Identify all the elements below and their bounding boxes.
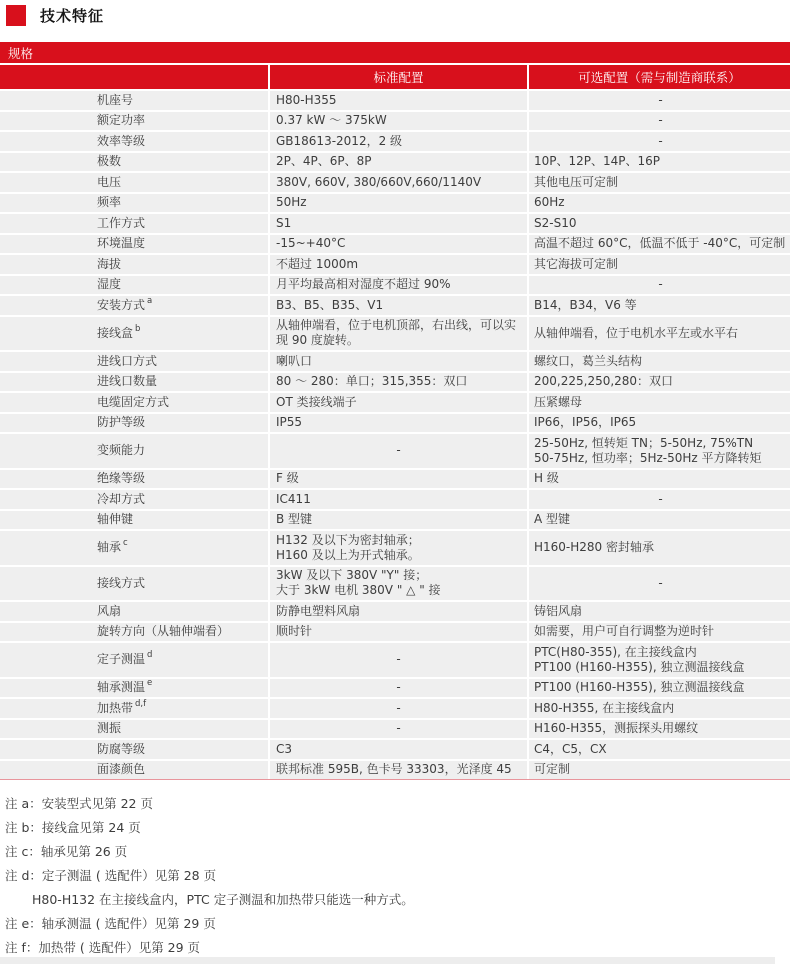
row-label-cell: 定子测温d [0,643,268,677]
row-label: 轴承 [97,540,121,555]
cell-standard-config: 联邦标准 595B, 色卡号 33303，光泽度 45 [268,761,527,780]
row-label-cell: 风扇 [0,602,268,621]
row-label-cell: 环境温度 [0,235,268,254]
table-row: 电缆固定方式 OT 类接线端子 压紧螺母 [0,393,790,414]
cell-optional-config: 高温不超过 60°C，低温不低于 -40°C，可定制 [527,235,790,254]
row-label-cell: 接线方式 [0,567,268,601]
cell-standard-config: H132 及以下为密封轴承； H160 及以上为开式轴承。 [268,531,527,565]
table-row: 轴承c H132 及以下为密封轴承； H160 及以上为开式轴承。 H160-H… [0,531,790,567]
row-label-cell: 海拔 [0,255,268,274]
table-row: 环境温度 -15~+40°C 高温不超过 60°C，低温不低于 -40°C，可定… [0,235,790,256]
row-label: 绝缘等级 [97,471,145,486]
table-row: 湿度 月平均最高相对湿度不超过 90% - [0,276,790,297]
row-label-cell: 轴承测温e [0,679,268,698]
table-row: 安装方式a B3、B5、B35、V1 B14，B34，V6 等 [0,296,790,317]
footnote: 注 d：定子测温 ( 选配件）见第 28 页 [5,868,790,884]
cell-optional-config: 200,225,250,280：双口 [527,373,790,392]
row-label-superscript: d [147,648,152,663]
cell-standard-config: B3、B5、B35、V1 [268,296,527,315]
row-label: 接线盒 [97,326,133,341]
cell-optional-config: - [527,112,790,131]
cell-standard-config: OT 类接线端子 [268,393,527,412]
row-label: 工作方式 [97,216,145,231]
row-label-superscript: b [135,322,140,337]
row-label: 进线口方式 [97,354,157,369]
table-row: 防腐等级 C3 C4，C5，CX [0,740,790,761]
cell-optional-config: 10P、12P、14P、16P [527,153,790,172]
footnote: 注 b：接线盒见第 24 页 [5,820,790,836]
cell-standard-config: C3 [268,740,527,759]
cell-standard-config: 0.37 kW ～ 375kW [268,112,527,131]
table-row: 防护等级 IP55 IP66，IP56，IP65 [0,414,790,435]
cell-optional-config: H160-H355，测振探头用螺纹 [527,720,790,739]
row-label-cell: 额定功率 [0,112,268,131]
row-label: 加热带 [97,701,133,716]
cell-standard-config: B 型键 [268,511,527,530]
column-header-standard: 标准配置 [268,65,527,89]
table-row: 极数 2P、4P、6P、8P 10P、12P、14P、16P [0,153,790,174]
cell-standard-config: 3kW 及以下 380V "Y" 接； 大于 3kW 电机 380V " △ "… [268,567,527,601]
cell-optional-config: 压紧螺母 [527,393,790,412]
row-label-cell: 加热带d,f [0,699,268,718]
table-row: 加热带d,f - H80-H355, 在主接线盒内 [0,699,790,720]
cell-optional-config: - [527,91,790,110]
row-label: 轴伸键 [97,512,133,527]
row-label-cell: 极数 [0,153,268,172]
cell-optional-config: 铸铝风扇 [527,602,790,621]
footnote: 注 f：加热带 ( 选配件）见第 29 页 [5,940,790,956]
table-row: 冷却方式 IC411 - [0,490,790,511]
row-label-cell: 面漆颜色 [0,761,268,780]
cell-standard-config: 月平均最高相对湿度不超过 90% [268,276,527,295]
table-row: 海拔 不超过 1000m 其它海拔可定制 [0,255,790,276]
row-label-cell: 机座号 [0,91,268,110]
spec-table-header-row: 标准配置 可选配置（需与制造商联系） [0,65,790,89]
row-label: 轴承测温 [97,680,145,695]
table-row: 额定功率 0.37 kW ～ 375kW - [0,112,790,133]
cell-standard-config: H80-H355 [268,91,527,110]
red-square-bullet-icon [6,5,26,26]
table-row: 定子测温d - PTC(H80-355), 在主接线盒内 PT100 (H160… [0,643,790,679]
row-label-cell: 冷却方式 [0,490,268,509]
cell-optional-config: 25-50Hz, 恒转矩 TN；5-50Hz, 75%TN 50-75Hz, 恒… [527,434,790,468]
cell-optional-config: A 型键 [527,511,790,530]
footnote: 注 c：轴承见第 26 页 [5,844,790,860]
cell-standard-config: 防静电塑料风扇 [268,602,527,621]
table-row: 面漆颜色 联邦标准 595B, 色卡号 33303，光泽度 45 可定制 [0,761,790,780]
cell-standard-config: 喇叭口 [268,352,527,371]
row-label: 频率 [97,195,121,210]
table-row: 变频能力 - 25-50Hz, 恒转矩 TN；5-50Hz, 75%TN 50-… [0,434,790,470]
row-label: 极数 [97,154,121,169]
table-row: 效率等级 GB18613-2012，2 级 - [0,132,790,153]
row-label: 电缆固定方式 [97,395,169,410]
cell-standard-config: - [268,643,527,677]
page-header: 技术特征 [0,0,790,26]
table-row: 机座号 H80-H355 - [0,91,790,112]
row-label: 风扇 [97,604,121,619]
row-label-cell: 电缆固定方式 [0,393,268,412]
cell-standard-config: - [268,699,527,718]
cell-optional-config: 从轴伸端看，位于电机水平左或水平右 [527,317,790,351]
column-header-optional: 可选配置（需与制造商联系） [527,65,790,89]
row-label-superscript: a [147,294,152,309]
cell-optional-config: H160-H280 密封轴承 [527,531,790,565]
spec-table-body: 机座号 H80-H355 - 额定功率 0.37 kW ～ 375kW - 效率… [0,91,790,779]
cell-optional-config: 如需要，用户可自行调整为逆时针 [527,623,790,642]
row-label-cell: 防护等级 [0,414,268,433]
row-label: 防腐等级 [97,742,145,757]
cell-standard-config: 2P、4P、6P、8P [268,153,527,172]
table-bottom-divider [0,779,790,780]
row-label-cell: 接线盒b [0,317,268,351]
table-row: 接线盒b 从轴伸端看，位于电机顶部，右出线，可以实现 90 度旋转。 从轴伸端看… [0,317,790,353]
row-label-cell: 旋转方向（从轴伸端看） [0,623,268,642]
cell-standard-config: 从轴伸端看，位于电机顶部，右出线，可以实现 90 度旋转。 [268,317,527,351]
row-label-superscript: c [123,536,128,551]
row-label-cell: 效率等级 [0,132,268,151]
spec-section-header: 规格 [0,42,790,63]
row-label: 机座号 [97,93,133,108]
row-label: 接线方式 [97,576,145,591]
cell-standard-config: - [268,720,527,739]
cell-optional-config: B14，B34，V6 等 [527,296,790,315]
cell-optional-config: C4，C5，CX [527,740,790,759]
footnote: H80-H132 在主接线盒内，PTC 定子测温和加热带只能选一种方式。 [5,892,790,908]
cell-standard-config: 顺时针 [268,623,527,642]
cell-optional-config: PTC(H80-355), 在主接线盒内 PT100 (H160-H355), … [527,643,790,677]
cell-standard-config: 80 ～ 280：单口；315,355：双口 [268,373,527,392]
cell-optional-config: H80-H355, 在主接线盒内 [527,699,790,718]
row-label: 冷却方式 [97,492,145,507]
row-label-superscript: e [147,676,152,691]
cell-optional-config: - [527,132,790,151]
row-label-cell: 轴承c [0,531,268,565]
row-label: 变频能力 [97,443,145,458]
row-label-cell: 轴伸键 [0,511,268,530]
cell-standard-config: S1 [268,214,527,233]
row-label-cell: 频率 [0,194,268,213]
table-row: 旋转方向（从轴伸端看） 顺时针 如需要，用户可自行调整为逆时针 [0,623,790,644]
cell-optional-config: 可定制 [527,761,790,780]
cell-optional-config: H 级 [527,470,790,489]
cell-standard-config: - [268,679,527,698]
cell-optional-config: - [527,567,790,601]
table-row: 轴承测温e - PT100 (H160-H355), 独立测温接线盒 [0,679,790,700]
table-row: 进线口方式 喇叭口 螺纹口，葛兰头结构 [0,352,790,373]
page-title: 技术特征 [40,5,104,26]
row-label-cell: 工作方式 [0,214,268,233]
footnotes: 注 a：安装型式见第 22 页 注 b：接线盒见第 24 页 注 c：轴承见第 … [5,796,790,956]
cell-optional-config: S2-S10 [527,214,790,233]
row-label: 额定功率 [97,113,145,128]
row-label-cell: 电压 [0,173,268,192]
table-row: 进线口数量 80 ～ 280：单口；315,355：双口 200,225,250… [0,373,790,394]
row-label: 电压 [97,175,121,190]
row-label: 旋转方向（从轴伸端看） [97,624,229,639]
cell-standard-config: IP55 [268,414,527,433]
row-label: 效率等级 [97,134,145,149]
cell-standard-config: 50Hz [268,194,527,213]
row-label: 面漆颜色 [97,762,145,777]
cell-optional-config: PT100 (H160-H355), 独立测温接线盒 [527,679,790,698]
cell-standard-config: 380V, 660V, 380/660V,660/1140V [268,173,527,192]
cell-optional-config: 螺纹口，葛兰头结构 [527,352,790,371]
cell-optional-config: 其它海拔可定制 [527,255,790,274]
row-label-superscript: d,f [135,697,146,712]
table-row: 绝缘等级 F 级 H 级 [0,470,790,491]
cell-optional-config: 其他电压可定制 [527,173,790,192]
cell-optional-config: IP66，IP56，IP65 [527,414,790,433]
cell-optional-config: - [527,276,790,295]
row-label: 环境温度 [97,236,145,251]
table-row: 工作方式 S1 S2-S10 [0,214,790,235]
cell-standard-config: - [268,434,527,468]
column-header-parameter [0,65,268,89]
row-label: 安装方式 [97,298,145,313]
row-label: 定子测温 [97,652,145,667]
cell-standard-config: GB18613-2012，2 级 [268,132,527,151]
table-row: 测振 - H160-H355，测振探头用螺纹 [0,720,790,741]
row-label-cell: 绝缘等级 [0,470,268,489]
table-row: 接线方式 3kW 及以下 380V "Y" 接； 大于 3kW 电机 380V … [0,567,790,603]
footnote: 注 a：安装型式见第 22 页 [5,796,790,812]
row-label-cell: 变频能力 [0,434,268,468]
cell-standard-config: IC411 [268,490,527,509]
row-label: 测振 [97,721,121,736]
row-label: 进线口数量 [97,374,157,389]
cell-standard-config: F 级 [268,470,527,489]
row-label-cell: 进线口方式 [0,352,268,371]
row-label: 海拔 [97,257,121,272]
cell-optional-config: - [527,490,790,509]
cell-optional-config: 60Hz [527,194,790,213]
spec-table: 规格 标准配置 可选配置（需与制造商联系） 机座号 H80-H355 - 额定功… [0,42,790,780]
cell-standard-config: 不超过 1000m [268,255,527,274]
row-label-cell: 安装方式a [0,296,268,315]
row-label: 湿度 [97,277,121,292]
row-label-cell: 进线口数量 [0,373,268,392]
table-row: 电压 380V, 660V, 380/660V,660/1140V 其他电压可定… [0,173,790,194]
table-row: 轴伸键 B 型键 A 型键 [0,511,790,532]
row-label-cell: 测振 [0,720,268,739]
row-label: 防护等级 [97,415,145,430]
next-section-edge [0,957,775,964]
table-row: 风扇 防静电塑料风扇 铸铝风扇 [0,602,790,623]
cell-standard-config: -15~+40°C [268,235,527,254]
row-label-cell: 湿度 [0,276,268,295]
footnote: 注 e：轴承测温 ( 选配件）见第 29 页 [5,916,790,932]
table-row: 频率 50Hz 60Hz [0,194,790,215]
row-label-cell: 防腐等级 [0,740,268,759]
